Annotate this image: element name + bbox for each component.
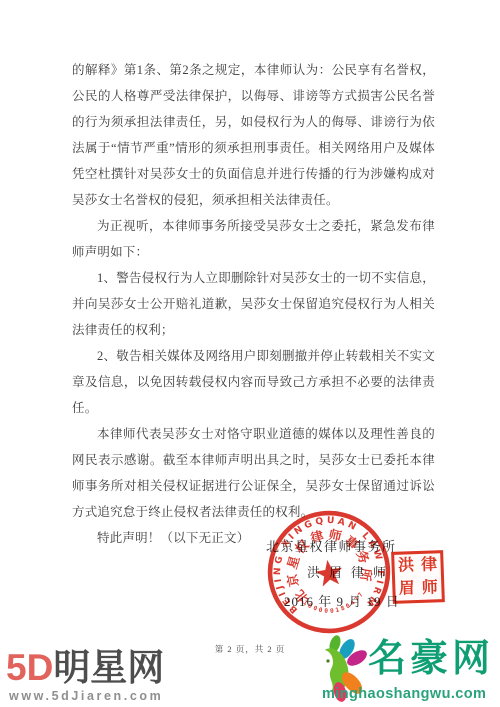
stamp-char: 洪 bbox=[394, 554, 418, 578]
logo-5d-suffix: 明星网 bbox=[53, 647, 164, 688]
minghao-url: minghaoshangwu.com bbox=[322, 686, 486, 702]
5djiaren-logo-text: 5D明星网 bbox=[6, 648, 164, 688]
lawyer-square-stamp: 洪 律 眉 师 bbox=[391, 550, 445, 604]
seal-serial-number: 1100000180477 bbox=[296, 587, 368, 620]
paragraph-item-1: 1、警告侵权行为人立即删除针对吴莎女士的一切不实信息，并向吴莎女士公开赔礼道歉，… bbox=[72, 265, 435, 343]
stamp-char: 眉 bbox=[395, 577, 419, 601]
paragraph-intro: 为正视听，本律师事务所接受吴莎女士之委托，紧急发布律师声明如下： bbox=[72, 213, 435, 265]
minghao-name: 名豪网 bbox=[368, 639, 494, 679]
stamp-char: 师 bbox=[418, 576, 442, 600]
5djiaren-logo: 5D明星网 www.5dJiaren.com bbox=[6, 648, 164, 703]
law-firm-seal-icon: BEIJING XINGQUAN LAW FIRM 北京星权律师事务所 1100… bbox=[266, 509, 392, 635]
5djiaren-url: www.5dJiaren.com bbox=[9, 689, 164, 703]
scanned-lawyer-statement-page: 的解释》第1条、第2条之规定，本律师认为：公民享有名誉权，公民的人格尊严受法律保… bbox=[0, 0, 500, 707]
seal-star-icon bbox=[314, 558, 344, 587]
logo-5d-prefix: 5D bbox=[6, 647, 53, 688]
stamp-char: 律 bbox=[417, 553, 441, 577]
svg-text:1100000180477: 1100000180477 bbox=[296, 587, 368, 620]
statement-body: 的解释》第1条、第2条之规定，本律师认为：公民享有名誉权，公民的人格尊严受法律保… bbox=[72, 57, 435, 551]
paragraph-continuation: 的解释》第1条、第2条之规定，本律师认为：公民享有名誉权，公民的人格尊严受法律保… bbox=[72, 57, 435, 213]
paragraph-item-2: 2、敬告相关媒体及网络用户即刻删撤并停止转载相关不实文章及信息，以免因转载侵权内… bbox=[72, 343, 435, 421]
